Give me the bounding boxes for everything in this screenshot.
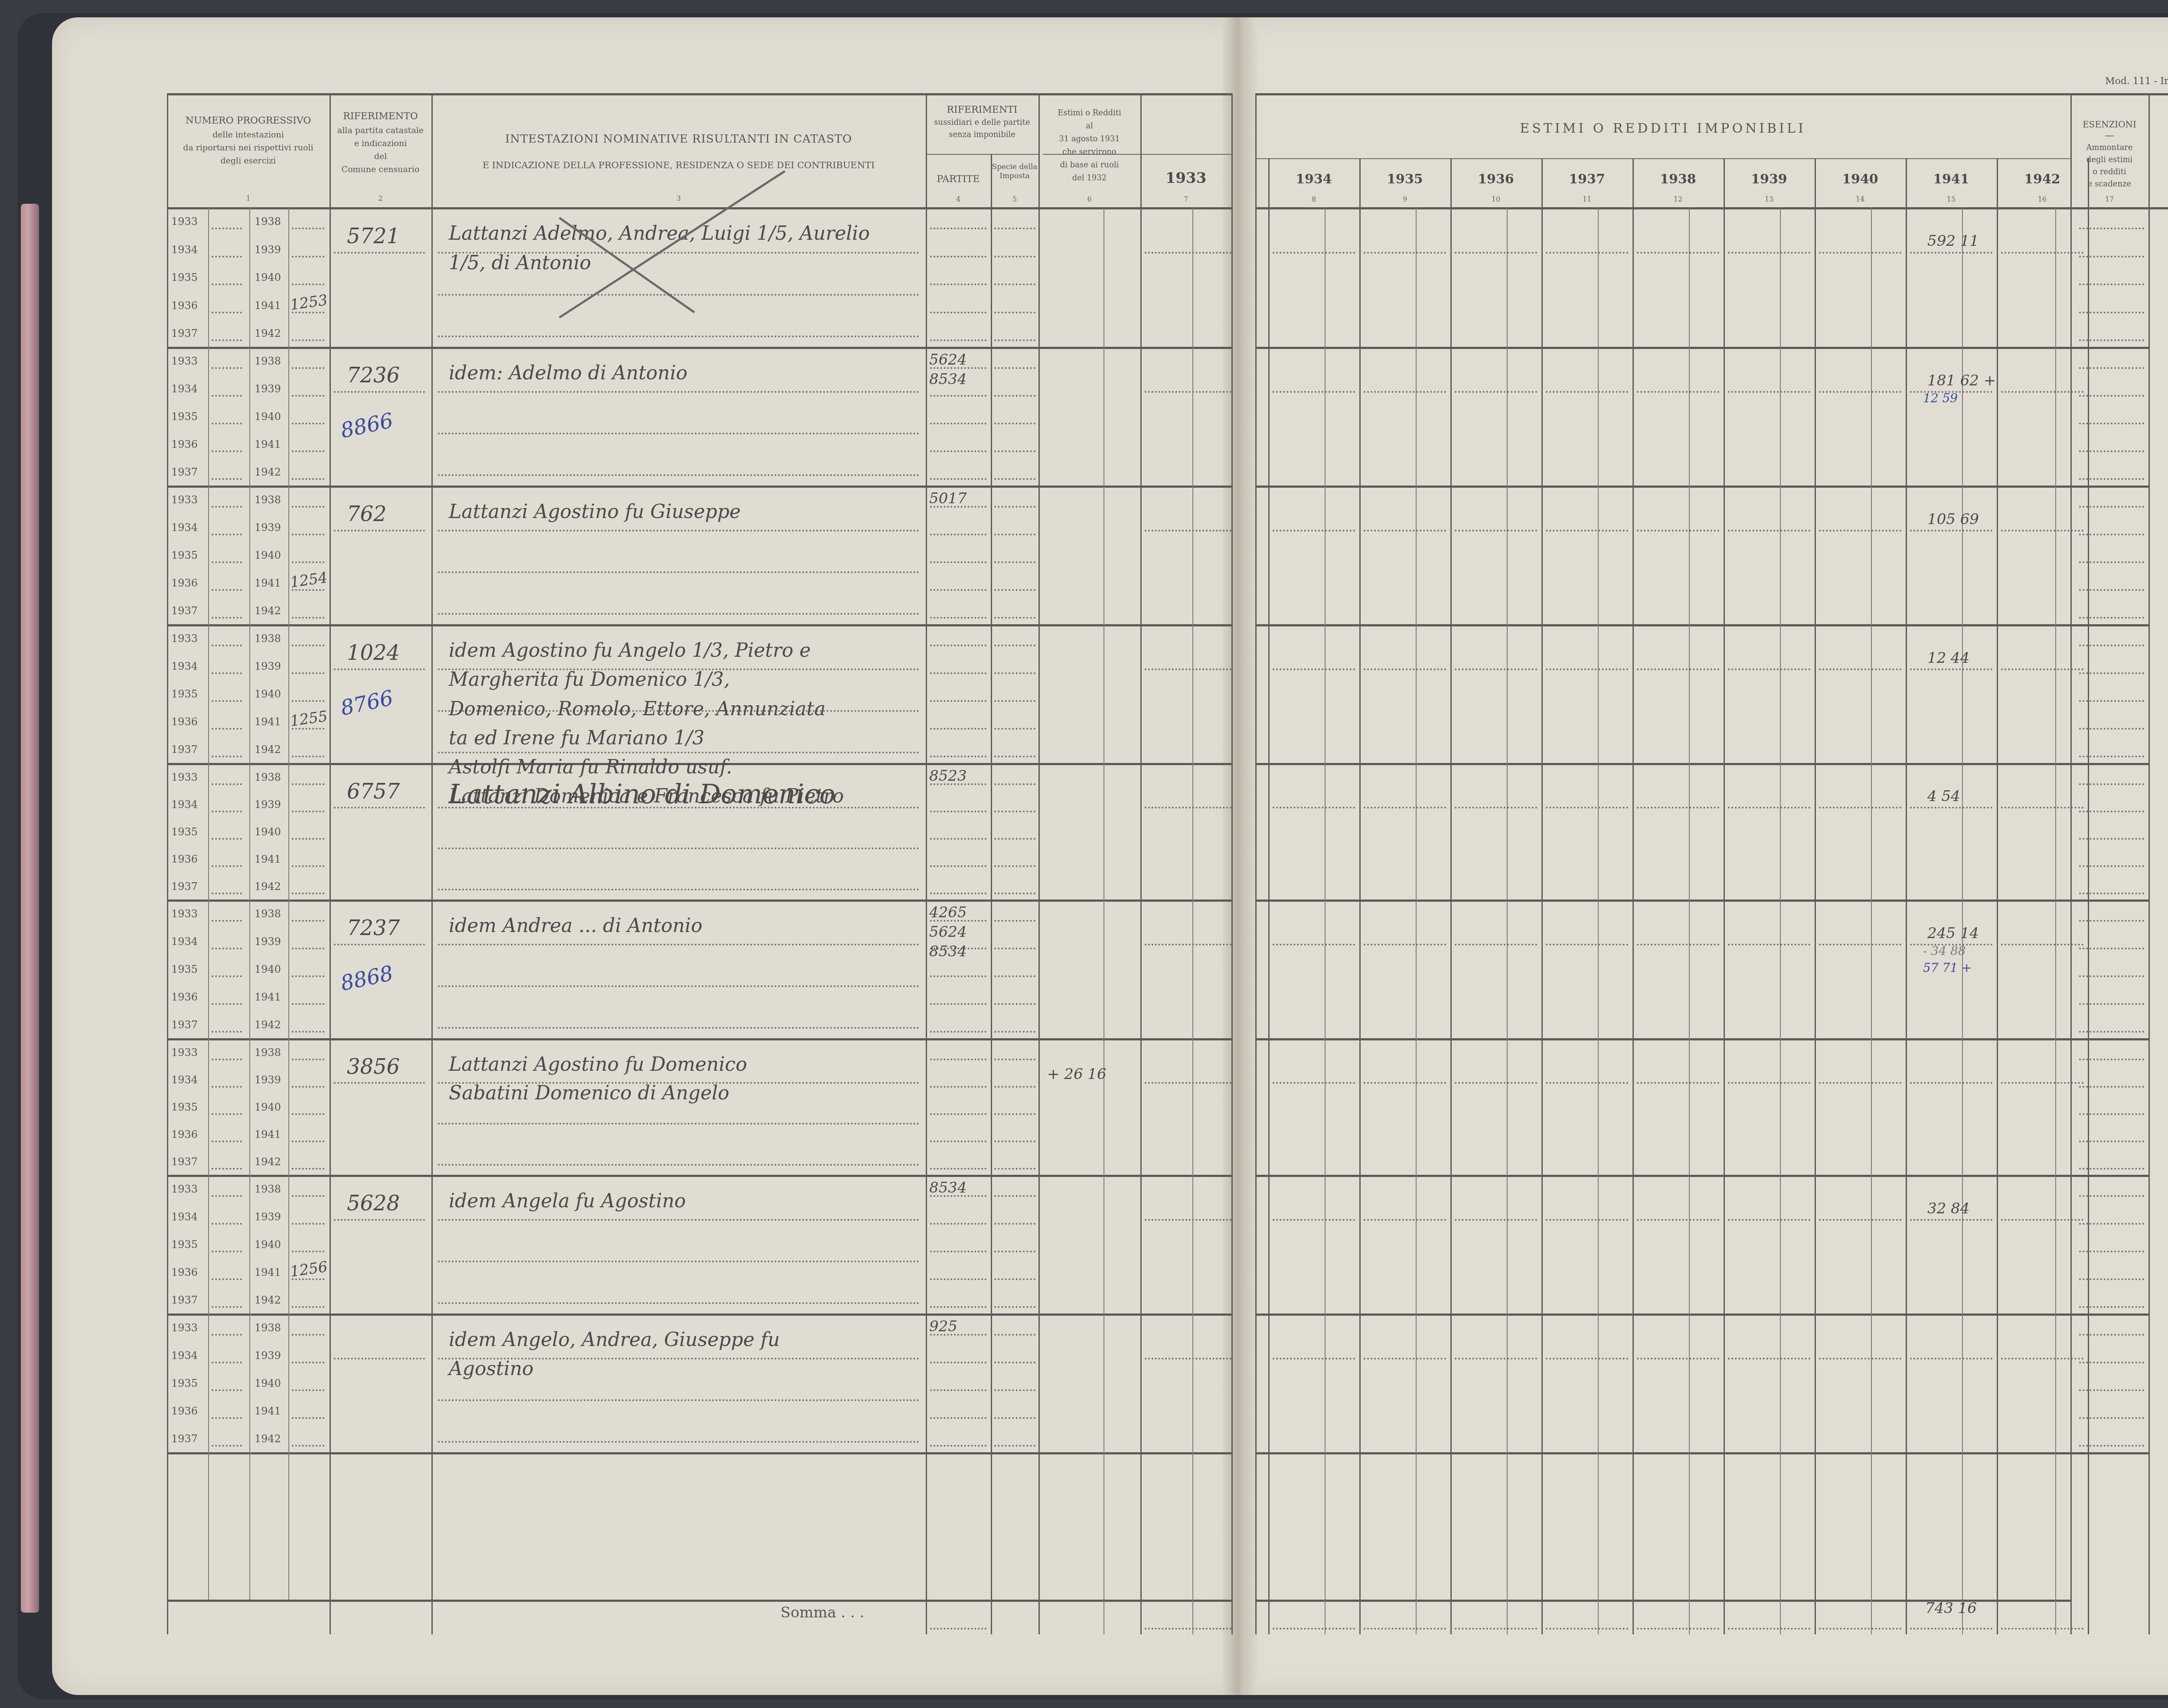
entry-estimo-1941: 32 84 [1927,1200,1969,1217]
year-label-left: 1937 [171,605,198,617]
dotted-guide [212,1223,242,1225]
dotted-guide [292,534,324,535]
year-label-left: 1935 [171,1239,198,1251]
dotted-guide [1546,944,1628,945]
book-gutter [1223,17,1257,1695]
dotted-guide [438,391,919,393]
entry-separator-right [1255,624,2148,626]
dotted-guide [2001,530,2083,531]
dotted-guide [1273,391,1355,393]
dotted-guide [1819,391,1901,393]
year-label-left: 1933 [171,908,198,920]
dotted-guide [292,700,324,702]
dotted-guide [1819,807,1901,808]
dotted-guide [930,1389,986,1391]
dotted-guide [1273,944,1355,945]
header-year-1939: 1939 [1724,171,1815,188]
entry-separator-right [1255,486,2148,488]
year-label-right: 1939 [255,244,281,256]
dotted-guide [2079,617,2144,619]
dotted-guide [994,395,1035,397]
header-riferimenti-title: RIFERIMENTI [926,104,1038,116]
dotted-guide [994,450,1035,452]
year-label-right: 1940 [255,1377,281,1389]
dotted-guide [1546,1082,1628,1084]
year-column-rule [1815,158,1816,1634]
year-label-left: 1936 [171,1405,198,1417]
dotted-guide [212,783,242,785]
year-label-right: 1941 [255,1266,281,1278]
entry-intestazione: Sabatini Domenico di Angelo [449,1082,729,1104]
year-label-left: 1934 [171,383,198,395]
dotted-guide [1364,807,1446,808]
year-label-right: 1939 [255,799,281,811]
entry-partita: 8523 [929,767,967,785]
entry-estimo-1941-note: 57 71 + [1923,961,1972,975]
entry-separator-right [1255,900,2148,902]
dotted-guide [1819,944,1901,945]
dotted-guide [212,1306,242,1308]
year-label-right: 1941 [255,991,281,1003]
header-estimi-title: ESTIMI O REDDITI IMPONIBILI [1255,121,2070,137]
entry-intestazione: Lattanzi Adelmo, Andrea, Luigi 1/5, Aure… [449,222,870,244]
dotted-guide [2079,1389,2144,1391]
dotted-guide [292,1445,324,1447]
header-riferimenti-line: sussidiari e delle partite [926,118,1038,128]
dotted-guide [438,985,919,987]
year-label-left: 1934 [171,1074,198,1086]
year-label-left: 1937 [171,1433,198,1445]
header-col3-title: INTESTAZIONI NOMINATIVE RISULTANTI IN CA… [431,132,926,147]
dotted-guide [994,1334,1035,1336]
dotted-guide [212,756,242,757]
dotted-guide [1637,252,1719,254]
entry-intestazione: idem Angelo, Andrea, Giuseppe fu [449,1329,780,1351]
dotted-guide [994,367,1035,369]
cents-subcolumn-rule [1507,207,1508,1634]
year-label-right: 1940 [255,1239,281,1251]
dotted-guide [994,700,1035,702]
table-left-edge-right-page [1255,93,1257,1634]
year-label-right: 1938 [255,1046,281,1059]
dotted-guide [930,256,986,258]
dotted-guide [930,339,986,341]
header-riferimenti-line: senza imponibile [926,130,1038,140]
dotted-guide [1455,1219,1537,1221]
dotted-guide [930,1445,986,1447]
dotted-guide [1728,391,1810,393]
dotted-guide [212,1278,242,1280]
dotted-guide [292,811,324,812]
entry-partita: 5624 [929,923,967,941]
year-column-rule [1633,158,1634,1634]
entry-riferimento: 5721 [347,224,400,248]
entry-intestazione: idem Angela fu Agostino [449,1190,686,1212]
dotted-guide [1455,391,1537,393]
dotted-guide [2079,700,2144,702]
dotted-guide [212,1417,242,1419]
dotted-guide [292,395,324,397]
header-esenzioni-num: 17 [2070,195,2148,204]
dotted-guide [212,728,242,730]
dotted-guide [1728,1358,1810,1359]
dotted-guide [930,589,986,591]
dotted-guide [438,752,919,753]
dotted-guide [1546,252,1628,254]
header-col2-line: alla partita catastale [330,126,431,136]
entry-separator-left [167,624,1231,626]
dotted-guide [1145,1082,1231,1084]
header-esenzioni-line: o redditi [2070,167,2148,177]
dotted-guide [292,948,324,949]
dotted-guide [930,1086,986,1088]
dotted-guide [1455,944,1537,945]
dotted-guide [994,1251,1035,1252]
dotted-guide [2079,1362,2144,1363]
estimi-subheader-rule [1255,158,2070,159]
entry-separator-right [1255,1452,2148,1454]
header-col1-title: NUMERO PROGRESSIVO [167,115,330,127]
dotted-guide [1455,1082,1537,1084]
dotted-guide [438,1123,919,1125]
dotted-guide [1546,391,1628,393]
dotted-guide [438,889,919,890]
dotted-guide [1455,1358,1537,1359]
year-label-left: 1934 [171,799,198,811]
column-rule [330,93,331,1634]
dotted-guide [1145,252,1231,254]
dotted-guide [1728,944,1810,945]
year-label-left: 1935 [171,1377,198,1389]
header-specie: Specie della Imposta [991,163,1038,181]
year-label-right: 1942 [255,1294,281,1306]
entry-estimo-1941: 245 14 [1927,925,1979,942]
dotted-guide [2079,1278,2144,1280]
year-label-left: 1935 [171,549,198,561]
dotted-guide [1364,668,1446,670]
year-column-rule [2088,158,2089,1634]
dotted-guide [930,478,986,480]
dotted-guide [994,1223,1035,1225]
header-year-num: 9 [1359,195,1450,204]
dotted-guide [438,1164,919,1166]
dotted-guide [994,1389,1035,1391]
dotted-guide [292,672,324,674]
year-label-right: 1939 [255,1349,281,1362]
dotted-guide [2001,807,2083,808]
dotted-guide [1273,668,1355,670]
dotted-guide [292,1168,324,1170]
year-label-right: 1938 [255,355,281,367]
progressivo-subcolumn-rule [249,207,250,1600]
entry-intestazione: Margherita fu Domenico 1/3, [449,668,730,691]
year-label-right: 1938 [255,908,281,920]
dotted-guide [212,256,242,258]
dotted-guide [2079,589,2144,591]
dotted-guide [212,838,242,840]
dotted-guide [1455,807,1537,808]
dotted-guide [1819,1358,1901,1359]
year-column-rule [1450,158,1452,1634]
dotted-guide [292,1141,324,1142]
header-partite: PARTITE [926,173,991,186]
dotted-guide [1364,944,1446,945]
cents-subcolumn-rule [1416,207,1417,1634]
dotted-guide [292,1113,324,1115]
dotted-guide [994,312,1035,313]
year-label-left: 1934 [171,244,198,256]
column-rule [1140,93,1142,1634]
dotted-guide [292,367,324,369]
year-label-right: 1939 [255,1074,281,1086]
dotted-guide [292,1306,324,1308]
dotted-guide [438,530,919,531]
table-top-rule-right [1255,93,2168,95]
dotted-guide [2079,1195,2144,1197]
dotted-guide [930,838,986,840]
header-col1-line: degli esercizi [167,156,330,166]
year-label-right: 1938 [255,1322,281,1334]
year-label-right: 1938 [255,215,281,228]
cents-subcolumn-rule [1962,207,1963,1634]
dotted-guide [334,391,425,393]
year-label-left: 1936 [171,438,198,450]
dotted-guide [1819,252,1901,254]
dotted-guide [438,433,919,434]
dotted-guide [292,920,324,922]
dotted-guide [930,1223,986,1225]
entry-intestazione: Agostino [449,1358,534,1380]
dotted-guide [2079,284,2144,285]
dotted-guide [1546,1628,1628,1630]
year-label-left: 1934 [171,660,198,672]
somma-rule-left [167,1600,1231,1602]
dotted-guide [994,645,1035,646]
dotted-guide [1546,530,1628,531]
dotted-guide [1364,391,1446,393]
dotted-guide [212,645,242,646]
entry-estimo-1941: 12 44 [1927,649,1969,667]
dotted-guide [1364,530,1446,531]
dotted-guide [212,534,242,535]
year-label-right: 1941 [255,1128,281,1141]
dotted-guide [994,1362,1035,1363]
dotted-guide [212,339,242,341]
year-label-right: 1940 [255,271,281,284]
dotted-guide [2079,395,2144,397]
year-column-rule [1359,158,1361,1634]
dotted-guide [930,865,986,867]
dotted-guide [1455,252,1537,254]
entry-intestazione: Lattanzi Agostino fu Domenico [449,1053,747,1076]
header-year-num: 10 [1450,195,1541,204]
dotted-guide [1910,530,1992,531]
dotted-guide [1728,807,1810,808]
dotted-guide [212,561,242,563]
binding-ribbon [21,204,39,1613]
dotted-guide [2079,838,2144,840]
year-label-right: 1942 [255,466,281,478]
dotted-guide [438,1219,919,1221]
year-column-rule [1268,158,1270,1634]
year-label-right: 1940 [255,549,281,561]
dotted-guide [2079,339,2144,341]
year-label-right: 1941 [255,1405,281,1417]
header-year-1941: 1941 [1906,171,1997,188]
dotted-guide [994,506,1035,508]
entry-partita: 8534 [929,1179,967,1196]
dotted-guide [292,228,324,229]
year-label-left: 1935 [171,411,198,423]
dotted-guide [930,1059,986,1060]
dotted-guide [1637,1628,1719,1630]
entry-riferimento: 3856 [347,1055,400,1079]
header-col1-num: 1 [167,194,330,203]
year-label-left: 1933 [171,1322,198,1334]
dotted-guide [1819,668,1901,670]
dotted-guide [292,1003,324,1005]
header-esenzioni-line: degli estimi [2070,155,2148,165]
year-label-left: 1933 [171,1183,198,1195]
dotted-guide [334,530,425,531]
header-col6-line: al [1038,121,1140,131]
dotted-guide [1637,1082,1719,1084]
header-year-1935: 1935 [1359,171,1450,188]
dotted-guide [2001,1219,2083,1221]
header-esenzioni-line: e scadenze [2070,179,2148,189]
right-page [1240,17,2168,1695]
dotted-guide [930,756,986,757]
dotted-guide [212,811,242,812]
dotted-guide [292,1059,324,1060]
dotted-guide [994,672,1035,674]
riferimenti-subheader-rule [926,154,1038,155]
entry-separator-right [1255,1175,2148,1177]
entry-intestazione: Lattanzi Agostino fu Giuseppe [449,501,741,523]
dotted-guide [292,423,324,424]
table-top-rule-left [167,93,1231,95]
dotted-guide [1728,1628,1810,1630]
dotted-guide [1637,1358,1719,1359]
entry-estimo-1941: 181 62 + [1927,372,1996,389]
year-label-left: 1934 [171,1211,198,1223]
dotted-guide [994,1059,1035,1060]
year-label-left: 1933 [171,632,198,645]
dotted-guide [1145,1358,1231,1359]
dotted-guide [212,672,242,674]
dotted-guide [212,617,242,619]
dotted-guide [212,1003,242,1005]
year-label-right: 1942 [255,327,281,339]
dotted-guide [212,1362,242,1363]
left-page [52,17,1240,1695]
dotted-guide [930,617,986,619]
dotted-guide [1910,1082,1992,1084]
dotted-guide [2079,672,2144,674]
dotted-guide [1546,668,1628,670]
entry-estimo-1941-note: 12 59 [1923,391,1958,405]
dotted-guide [930,811,986,812]
dotted-guide [2001,1082,2083,1084]
dotted-guide [212,395,242,397]
year-label-left: 1936 [171,991,198,1003]
progressivo-subcolumn-rule [288,207,289,1600]
dotted-guide [930,1031,986,1033]
entry-riferimento: 762 [347,502,387,526]
dotted-guide [438,474,919,476]
dotted-guide [930,534,986,535]
dotted-guide [2001,391,2083,393]
header-col2-num: 2 [330,194,431,203]
dotted-guide [438,336,919,337]
cents-subcolumn-rule [1598,207,1599,1634]
dotted-guide [1145,530,1231,531]
dotted-guide [1819,1082,1901,1084]
entry-separator-left [167,900,1231,902]
header-col2-line: del [330,152,431,162]
dotted-guide [292,975,324,977]
entry-separator-left [167,347,1231,349]
dotted-guide [930,1278,986,1280]
annotazioni-rule [2148,93,2150,1634]
year-label-right: 1941 [255,300,281,312]
year-label-right: 1941 [255,438,281,450]
entry-intestazione: Lattanzi Albino di Domenico [449,778,836,810]
entry-separator-left [167,1038,1231,1040]
header-col6-line: Estimi o Redditi [1038,108,1140,118]
entry-partita: 5017 [929,490,967,507]
year-column-rule [1997,158,1998,1634]
dotted-guide [994,1195,1035,1197]
dotted-guide [1364,1219,1446,1221]
dotted-guide [1910,807,1992,808]
dotted-guide [930,1251,986,1252]
dotted-guide [1273,1219,1355,1221]
esenzioni-rule [2070,93,2072,1634]
header-year-num: 12 [1633,195,1724,204]
dotted-guide [2001,944,2083,945]
year-column-rule [1541,158,1543,1634]
dotted-guide [292,284,324,285]
dotted-guide [1819,1219,1901,1221]
dotted-guide [212,1059,242,1060]
year-label-left: 1937 [171,466,198,478]
header-col3-subtitle: E INDICAZIONE DELLA PROFESSIONE, RESIDEN… [431,160,926,171]
dotted-guide [1145,944,1231,945]
dotted-guide [2079,865,2144,867]
dotted-guide [334,668,425,670]
dotted-guide [2079,228,2144,229]
entry-estimo-1941: 4 54 [1927,788,1960,805]
year-label-right: 1939 [255,522,281,534]
dotted-guide [1637,807,1719,808]
dotted-guide [2079,1031,2144,1033]
year-label-left: 1933 [171,1046,198,1059]
dotted-guide [1273,807,1355,808]
dotted-guide [292,1031,324,1033]
entry-estimo-1941-note: - 34 88 [1923,944,1966,958]
dotted-guide [2001,1628,2083,1630]
year-label-right: 1942 [255,880,281,893]
dotted-guide [2079,948,2144,949]
dotted-guide [994,948,1035,949]
dotted-guide [2079,756,2144,757]
dotted-guide [2079,1059,2144,1060]
year-label-left: 1935 [171,1101,198,1113]
dotted-guide [930,645,986,646]
entry-partita: 925 [929,1318,957,1335]
dotted-guide [2079,975,2144,977]
